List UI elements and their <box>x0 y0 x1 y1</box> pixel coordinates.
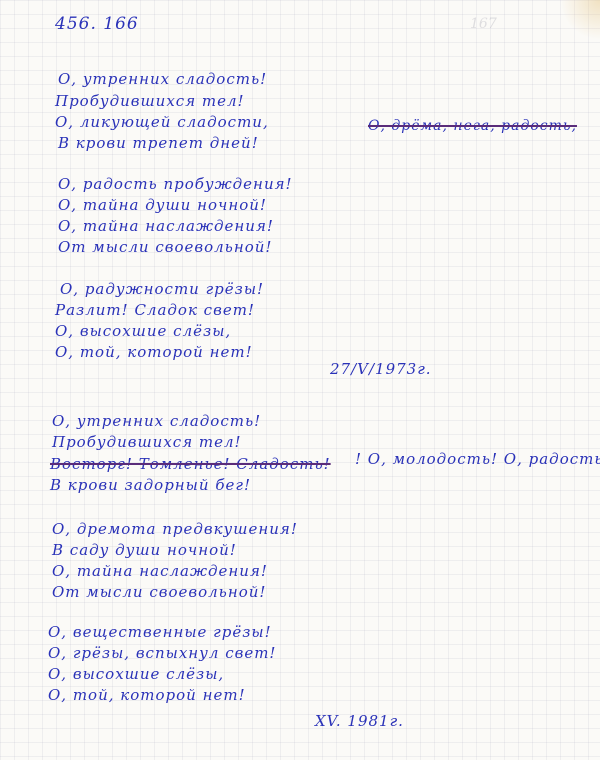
draft1-line: От мысли своевольной! <box>58 238 272 256</box>
draft1-line: О, утренних сладость! <box>58 70 267 88</box>
draft1-line: О, ликующей сладости, <box>55 113 269 131</box>
draft2-struck-line: Восторг! Томленье! Сладость! <box>50 455 331 473</box>
manuscript-page: 167 456. 166 О, утренних сладость! Пробу… <box>0 0 600 760</box>
draft2-line: О, утренних сладость! <box>52 412 261 430</box>
archive-reference: 456. 166 <box>55 14 139 34</box>
draft1-line: Разлит! Сладок свет! <box>55 301 255 319</box>
draft2-line: О, той, которой нет! <box>48 686 246 704</box>
draft1-line: О, радость пробуждения! <box>58 175 293 193</box>
draft2-line: В крови задорный бег! <box>50 476 251 494</box>
draft2-line: О, дремота предвкушения! <box>52 520 298 538</box>
draft2-line: О, вещественные грёзы! <box>48 623 272 641</box>
draft1-date: 27/V/1973г. <box>330 360 432 378</box>
draft1-line: О, тайна души ночной! <box>58 196 267 214</box>
draft2-line: О, тайна наслаждения! <box>52 562 268 580</box>
draft1-line: О, высохшие слёзы, <box>55 322 231 340</box>
draft1-line: О, тайна наслаждения! <box>58 217 274 235</box>
draft1-line: В крови трепет дней! <box>58 134 259 152</box>
draft2-date: XV. 1981г. <box>315 712 404 730</box>
draft1-margin-struck: О, дрёма, нега, радость, <box>368 118 577 134</box>
draft1-line: О, радужности грёзы! <box>60 280 264 298</box>
draft2-line: О, высохшие слёзы, <box>48 665 224 683</box>
draft1-line: О, той, которой нет! <box>55 343 253 361</box>
bleedthrough-page-number: 167 <box>470 16 497 32</box>
draft1-line: Пробудившихся тел! <box>55 92 245 110</box>
draft2-line: Пробудившихся тел! <box>52 433 242 451</box>
draft2-line: О, грёзы, вспыхнул свет! <box>48 644 276 662</box>
draft2-margin-insert: ! О, молодость! О, радость! <box>355 450 600 468</box>
paper-stain <box>560 0 600 40</box>
draft2-line: От мысли своевольной! <box>52 583 266 601</box>
draft2-line: В саду души ночной! <box>52 541 237 559</box>
